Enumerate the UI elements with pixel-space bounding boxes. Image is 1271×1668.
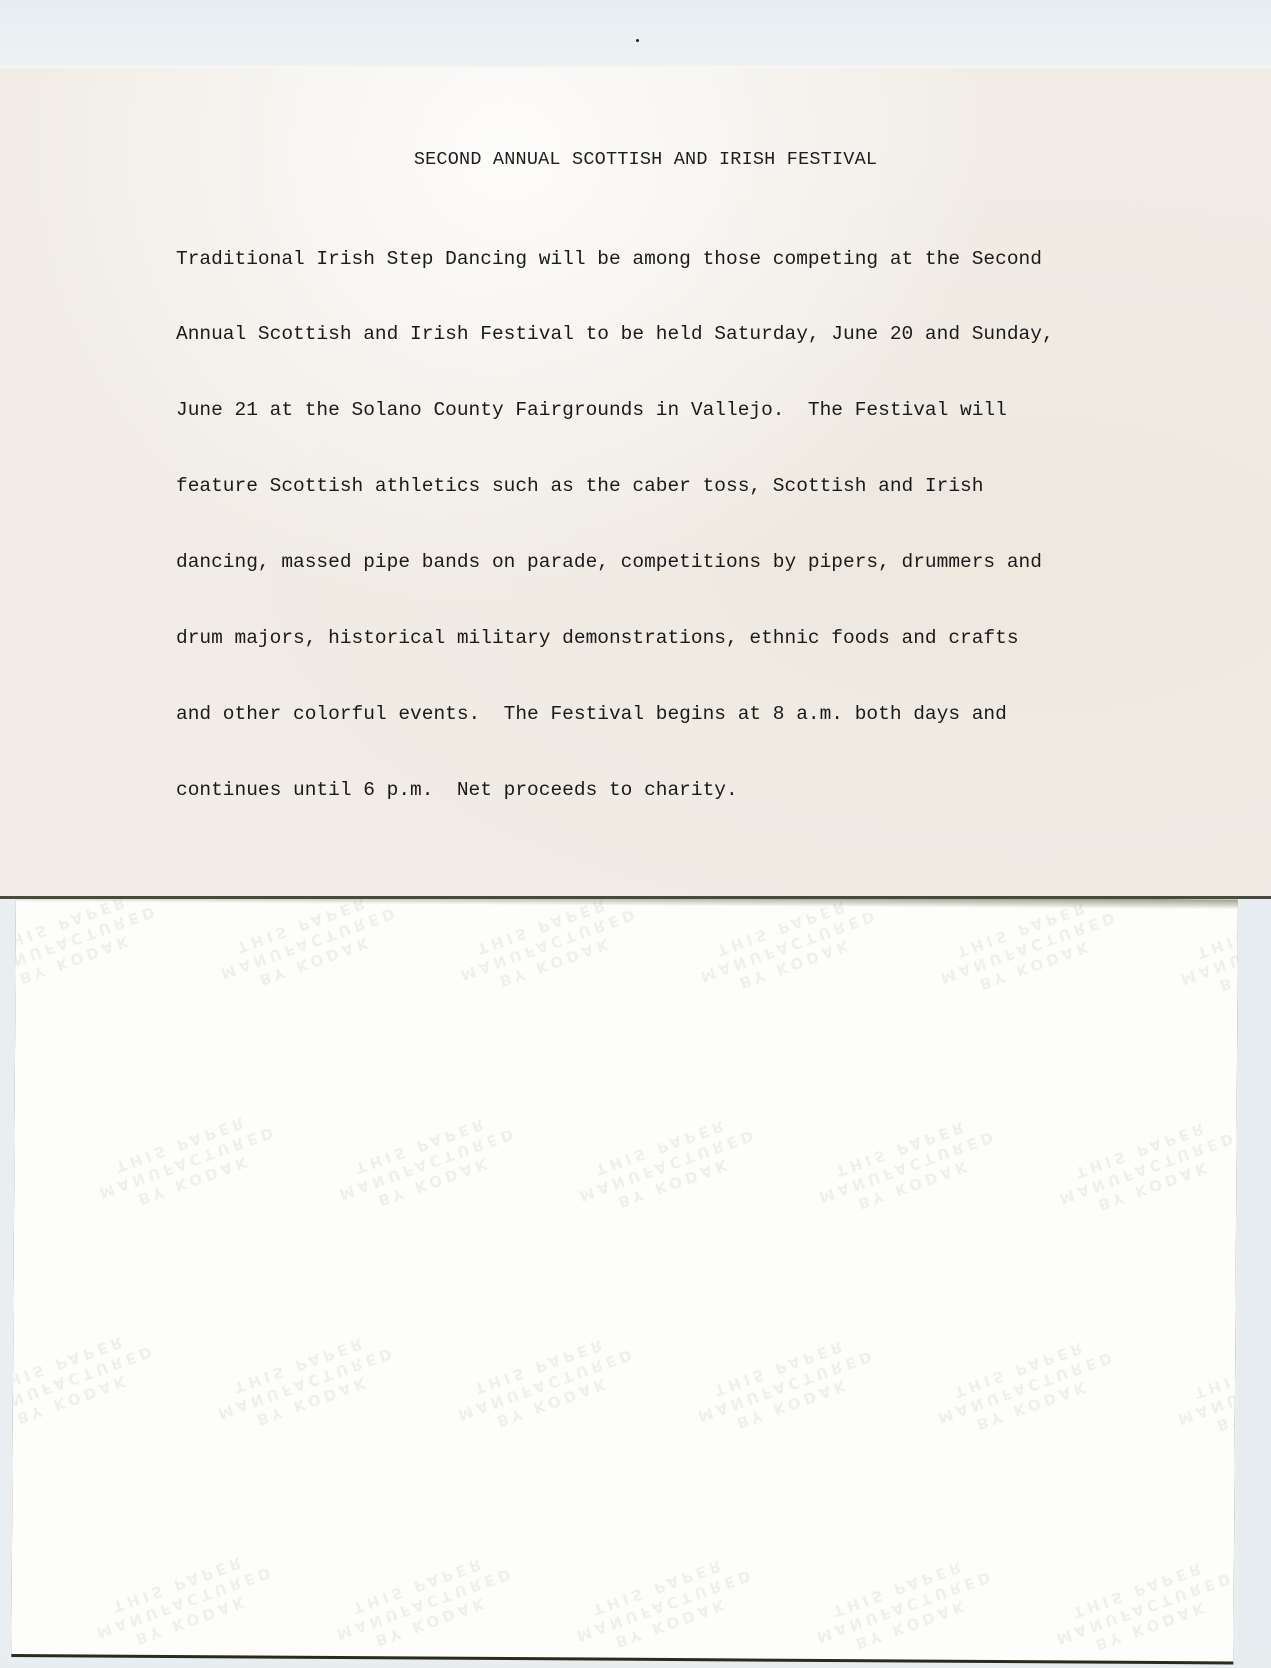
kodak-watermark: BY KODAK MANUFACTURED THIS PAPER (90, 1103, 285, 1220)
kodak-watermark: BY KODAK MANUFACTURED THIS PAPER (689, 1327, 884, 1444)
kodak-watermark: BY KODAK MANUFACTURED THIS PAPER (808, 1548, 1003, 1662)
kodak-watermark: BY KODAK MANUFACTURED THIS PAPER (568, 1546, 763, 1661)
kodak-watermark: BY KODAK MANUFACTURED THIS PAPER (452, 892, 647, 1002)
kodak-watermark: BY KODAK MANUFACTURED THIS PAPER (11, 1323, 164, 1440)
kodak-watermark: BY KODAK MANUFACTURED THIS PAPER (209, 1324, 404, 1441)
body-line: and other colorful events. The Festival … (176, 702, 1176, 727)
body-line: drum majors, historical military demonst… (176, 626, 1176, 651)
kodak-watermark: BY KODAK MANUFACTURED THIS PAPER (88, 1543, 283, 1660)
body-line: continues until 6 p.m. Net proceeds to c… (176, 778, 1176, 803)
body-line: Annual Scottish and Irish Festival to be… (176, 322, 1176, 347)
body-line: Traditional Irish Step Dancing will be a… (176, 247, 1176, 272)
body-line: June 21 at the Solano County Fairgrounds… (176, 398, 1176, 423)
document-body: Traditional Irish Step Dancing will be a… (176, 196, 1176, 854)
kodak-watermark: BY KODAK MANUFACTURED THIS PAPER (330, 1105, 525, 1222)
body-line: dancing, massed pipe bands on parade, co… (176, 550, 1176, 575)
dust-speck (636, 39, 639, 42)
kodak-watermark: BY KODAK MANUFACTURED THIS PAPER (810, 1108, 1005, 1225)
kodak-watermark: BY KODAK MANUFACTURED THIS PAPER (1048, 1549, 1238, 1661)
kodak-watermark: BY KODAK MANUFACTURED THIS PAPER (1050, 1109, 1238, 1226)
kodak-watermark: BY KODAK MANUFACTURED THIS PAPER (328, 1545, 523, 1662)
kodak-watermark: BY KODAK MANUFACTURED THIS PAPER (570, 1106, 765, 1223)
document-title: SECOND ANNUAL SCOTTISH AND IRISH FESTIVA… (0, 149, 1271, 170)
scanner-edge-right (1238, 894, 1271, 1668)
photo-print-back: BY KODAK MANUFACTURED THIS PAPERBY KODAK… (11, 892, 1238, 1661)
press-release-sheet: SECOND ANNUAL SCOTTISH AND IRISH FESTIVA… (0, 66, 1271, 896)
kodak-watermark: BY KODAK MANUFACTURED THIS PAPER (449, 1325, 644, 1442)
kodak-watermark: BY KODAK MANUFACTURED THIS PAPER (1169, 1330, 1238, 1447)
kodak-watermark: BY KODAK MANUFACTURED THIS PAPER (11, 892, 167, 999)
kodak-watermark: BY KODAK MANUFACTURED THIS PAPER (929, 1328, 1124, 1445)
kodak-watermark: BY KODAK MANUFACTURED THIS PAPER (932, 892, 1127, 1005)
kodak-watermark: BY KODAK MANUFACTURED THIS PAPER (692, 892, 887, 1004)
body-line: feature Scottish athletics such as the c… (176, 474, 1176, 499)
scanner-background (0, 0, 1271, 70)
kodak-watermark: BY KODAK MANUFACTURED THIS PAPER (212, 892, 407, 1001)
